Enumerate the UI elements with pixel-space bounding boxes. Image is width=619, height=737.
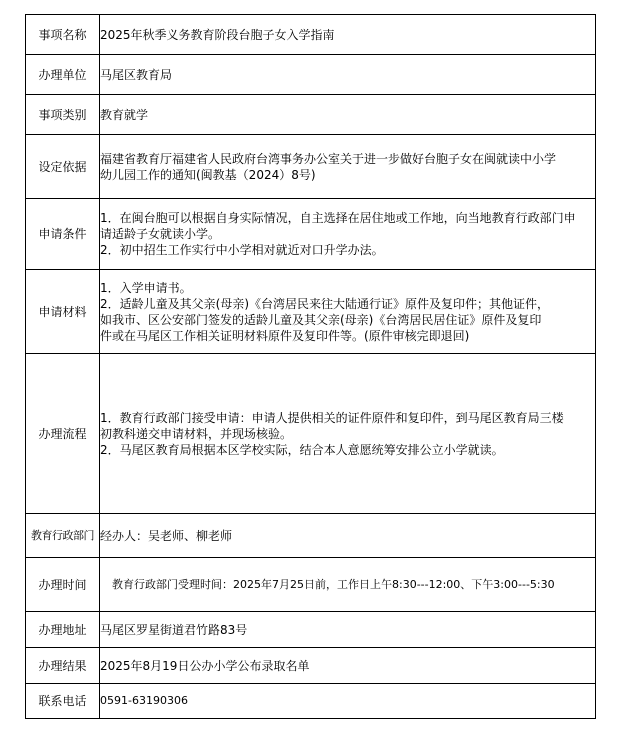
conditions-line: 1．在闽台胞可以根据自身实际情况，自主选择在居住地或工作地，向当地教育行政部门申 [100,210,595,226]
value-materials: 1．入学申请书。 2．适龄儿童及其父亲(母亲)《台湾居民来往大陆通行证》原件及复… [100,270,596,354]
value-process: 1．教育行政部门接受申请：申请人提供相关的证件原件和复印件，到马尾区教育局三楼 … [100,354,596,514]
basis-line: 幼儿园工作的通知(闽教基（2024）8号) [100,167,595,183]
materials-line: 件或在马尾区工作相关证明材料原件及复印件等。(原件审核完即退回) [100,328,595,344]
row-hours: 办理时间 教育行政部门受理时间：2025年7月25日前，工作日上午8:30---… [26,558,596,612]
row-conditions: 申请条件 1．在闽台胞可以根据自身实际情况，自主选择在居住地或工作地，向当地教育… [26,199,596,270]
label-address: 办理地址 [26,612,100,648]
label-materials: 申请材料 [26,270,100,354]
row-materials: 申请材料 1．入学申请书。 2．适龄儿童及其父亲(母亲)《台湾居民来往大陆通行证… [26,270,596,354]
value-hours: 教育行政部门受理时间：2025年7月25日前，工作日上午8:30---12:00… [100,558,596,612]
value-item-name: 2025年秋季义务教育阶段台胞子女入学指南 [100,15,596,55]
guide-table: 事项名称 2025年秋季义务教育阶段台胞子女入学指南 办理单位 马尾区教育局 事… [25,14,596,719]
conditions-line: 2．初中招生工作实行中小学相对就近对口升学办法。 [100,242,595,258]
label-phone: 联系电话 [26,684,100,719]
label-hours: 办理时间 [26,558,100,612]
row-department: 教育行政部门 经办人：吴老师、柳老师 [26,514,596,558]
process-line: 1．教育行政部门接受申请：申请人提供相关的证件原件和复印件，到马尾区教育局三楼 [100,410,595,426]
row-result: 办理结果 2025年8月19日公办小学公布录取名单 [26,648,596,684]
row-address: 办理地址 马尾区罗星街道君竹路83号 [26,612,596,648]
row-phone: 联系电话 0591-63190306 [26,684,596,719]
value-address: 马尾区罗星街道君竹路83号 [100,612,596,648]
row-category: 事项类别 教育就学 [26,95,596,135]
value-basis: 福建省教育厅福建省人民政府台湾事务办公室关于进一步做好台胞子女在闽就读中小学 幼… [100,135,596,199]
label-item-name: 事项名称 [26,15,100,55]
conditions-line: 请适龄子女就读小学。 [100,226,595,242]
row-handling-unit: 办理单位 马尾区教育局 [26,55,596,95]
process-line: 2．马尾区教育局根据本区学校实际，结合本人意愿统筹安排公立小学就读。 [100,442,595,458]
value-department: 经办人：吴老师、柳老师 [100,514,596,558]
value-conditions: 1．在闽台胞可以根据自身实际情况，自主选择在居住地或工作地，向当地教育行政部门申… [100,199,596,270]
label-category: 事项类别 [26,95,100,135]
row-process: 办理流程 1．教育行政部门接受申请：申请人提供相关的证件原件和复印件，到马尾区教… [26,354,596,514]
value-category: 教育就学 [100,95,596,135]
materials-line: 1．入学申请书。 [100,280,595,296]
row-item-name: 事项名称 2025年秋季义务教育阶段台胞子女入学指南 [26,15,596,55]
value-handling-unit: 马尾区教育局 [100,55,596,95]
label-basis: 设定依据 [26,135,100,199]
value-phone: 0591-63190306 [100,684,596,719]
row-basis: 设定依据 福建省教育厅福建省人民政府台湾事务办公室关于进一步做好台胞子女在闽就读… [26,135,596,199]
value-result: 2025年8月19日公办小学公布录取名单 [100,648,596,684]
label-department: 教育行政部门 [26,514,100,558]
materials-line: 2．适龄儿童及其父亲(母亲)《台湾居民来往大陆通行证》原件及复印件；其他证件， [100,296,595,312]
label-result: 办理结果 [26,648,100,684]
label-handling-unit: 办理单位 [26,55,100,95]
label-conditions: 申请条件 [26,199,100,270]
basis-line: 福建省教育厅福建省人民政府台湾事务办公室关于进一步做好台胞子女在闽就读中小学 [100,151,595,167]
process-line: 初教科递交申请材料，并现场核验。 [100,426,595,442]
label-process: 办理流程 [26,354,100,514]
materials-line: 如我市、区公安部门签发的适龄儿童及其父亲(母亲)《台湾居民居住证》原件及复印 [100,312,595,328]
